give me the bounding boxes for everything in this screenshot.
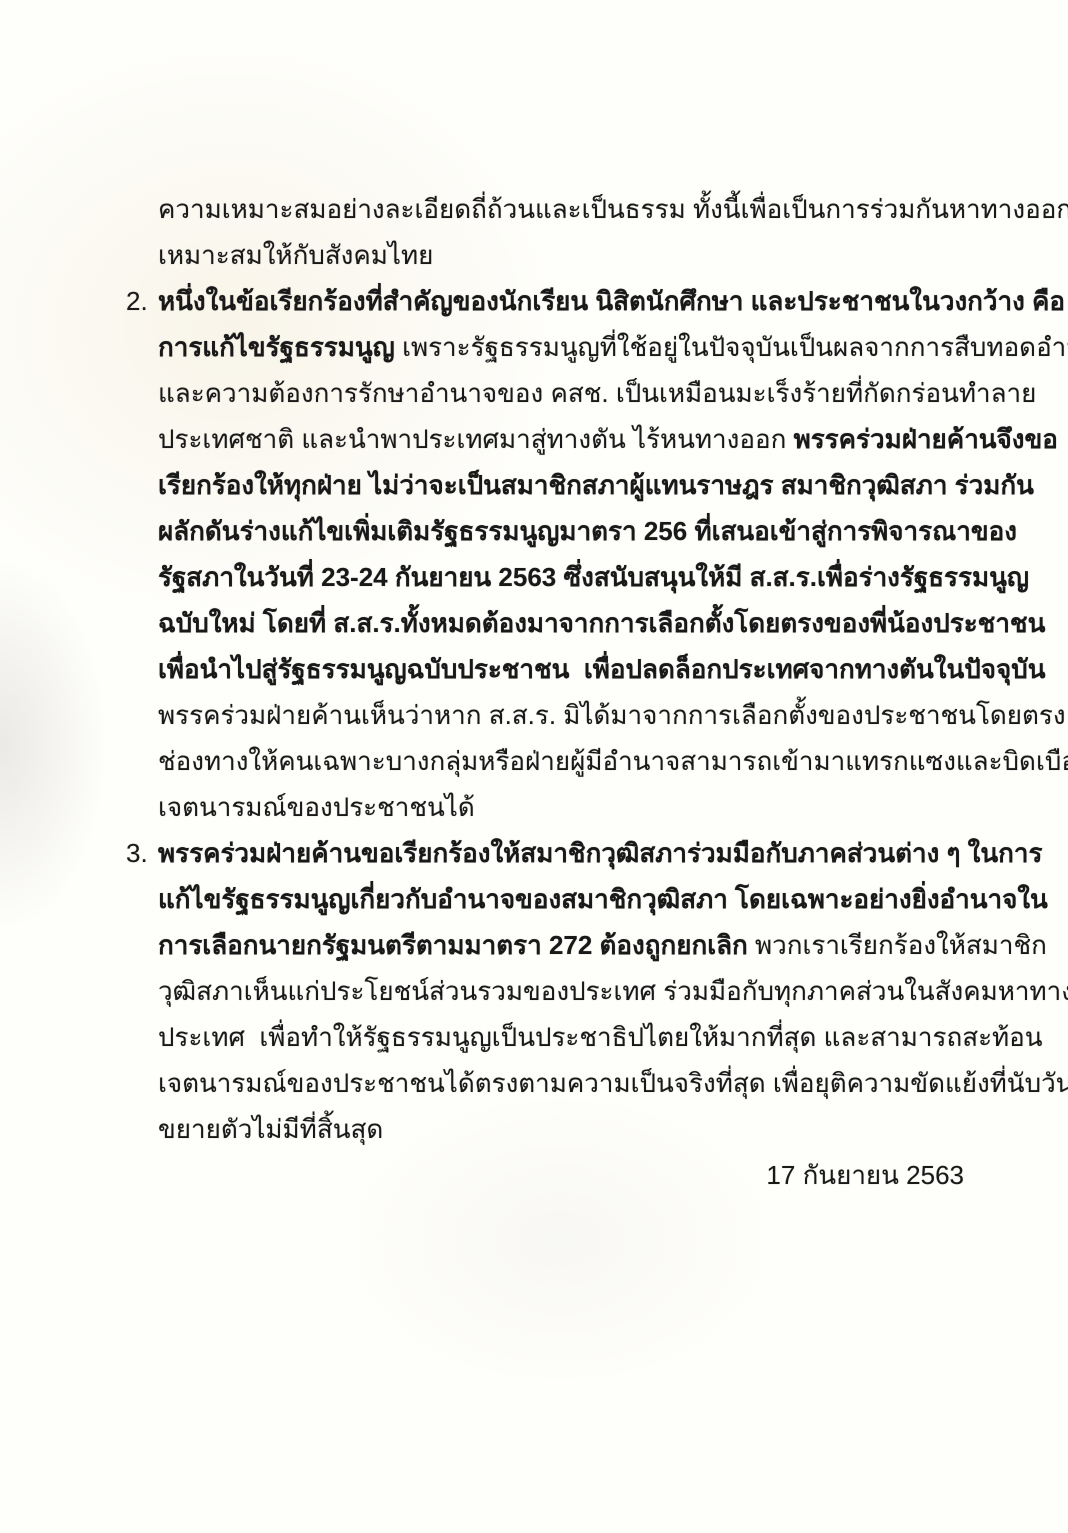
text-segment: เจตนารมณ์ของประชาชนได้ตรงตามความเป็นจริง… <box>158 1068 1068 1098</box>
text-line: 2.หนึ่งในข้อเรียกร้องที่สำคัญของนักเรียน… <box>158 278 964 324</box>
text-line: เพื่อนำไปสู่รัฐธรรมนูญฉบับประชาชน เพื่อป… <box>158 646 964 692</box>
text-segment: เหมาะสมให้กับสังคมไทย <box>158 240 433 270</box>
text-segment: และความต้องการรักษาอำนาจของ คสช. เป็นเหม… <box>158 378 1036 408</box>
text-line: ผลักดันร่างแก้ไขเพิ่มเติมรัฐธรรมนูญมาตรา… <box>158 508 964 554</box>
bold-text-segment: เพื่อนำไปสู่รัฐธรรมนูญฉบับประชาชน เพื่อป… <box>158 654 1046 684</box>
numbered-item: 3.พรรคร่วมฝ่ายค้านขอเรียกร้องให้สมาชิกวุ… <box>158 830 964 1152</box>
item-number: 2. <box>126 278 156 324</box>
bold-text-segment: การแก้ไขรัฐธรรมนูญ <box>158 332 395 362</box>
text-line: ฉบับใหม่ โดยที่ ส.ส.ร.ทั้งหมดต้องมาจากกา… <box>158 600 964 646</box>
bold-text-segment: การเลือกนายกรัฐมนตรีตามมาตรา 272 ต้องถูก… <box>158 930 755 960</box>
text-line: การเลือกนายกรัฐมนตรีตามมาตรา 272 ต้องถูก… <box>158 922 964 968</box>
text-line: วุฒิสภาเห็นแก่ประโยชน์ส่วนรวมของประเทศ ร… <box>158 968 964 1014</box>
bold-text-segment: ผลักดันร่างแก้ไขเพิ่มเติมรัฐธรรมนูญมาตรา… <box>158 516 1017 546</box>
text-line: ความเหมาะสมอย่างละเอียดถี่ถ้วนและเป็นธรร… <box>158 186 964 232</box>
paragraph: ความเหมาะสมอย่างละเอียดถี่ถ้วนและเป็นธรร… <box>158 186 964 278</box>
bold-text-segment: พรรคร่วมฝ่ายค้านจึงขอ <box>794 424 1058 454</box>
text-line: เจตนารมณ์ของประชาชนได้ตรงตามความเป็นจริง… <box>158 1060 964 1106</box>
bold-text-segment: รัฐสภาในวันที่ 23-24 กันยายน 2563 ซึ่งสน… <box>158 562 1029 592</box>
bold-text-segment: พรรคร่วมฝ่ายค้านขอเรียกร้องให้สมาชิกวุฒิ… <box>158 838 1042 868</box>
item-number: 3. <box>126 830 156 876</box>
document-date: 17 กันยายน 2563 <box>158 1152 964 1198</box>
text-line: แก้ไขรัฐธรรมนูญเกี่ยวกับอำนาจของสมาชิกวุ… <box>158 876 964 922</box>
scanned-document-page: ความเหมาะสมอย่างละเอียดถี่ถ้วนและเป็นธรร… <box>0 0 1068 1533</box>
document-content: ความเหมาะสมอย่างละเอียดถี่ถ้วนและเป็นธรร… <box>158 186 964 1198</box>
bold-text-segment: ฉบับใหม่ โดยที่ ส.ส.ร.ทั้งหมดต้องมาจากกา… <box>158 608 1045 638</box>
text-line: ประเทศ เพื่อทำให้รัฐธรรมนูญเป็นประชาธิปไ… <box>158 1014 964 1060</box>
text-segment: พรรคร่วมฝ่ายค้านเห็นว่าหาก ส.ส.ร. มิได้ม… <box>158 700 1068 730</box>
bold-text-segment: เรียกร้องให้ทุกฝ่าย ไม่ว่าจะเป็นสมาชิกสภ… <box>158 470 1034 500</box>
text-line: รัฐสภาในวันที่ 23-24 กันยายน 2563 ซึ่งสน… <box>158 554 964 600</box>
numbered-item: 2.หนึ่งในข้อเรียกร้องที่สำคัญของนักเรียน… <box>158 278 964 830</box>
text-line: ประเทศชาติ และนำพาประเทศมาสู่ทางตัน ไร้ห… <box>158 416 964 462</box>
text-segment: เพราะรัฐธรรมนูญที่ใช้อยู่ในปัจจุบันเป็นผ… <box>395 332 1068 362</box>
text-line: เรียกร้องให้ทุกฝ่าย ไม่ว่าจะเป็นสมาชิกสภ… <box>158 462 964 508</box>
text-line: เจตนารมณ์ของประชาชนได้ <box>158 784 964 830</box>
text-segment: ช่องทางให้คนเฉพาะบางกลุ่มหรือฝ่ายผู้มีอำ… <box>158 746 1068 776</box>
document-body: ความเหมาะสมอย่างละเอียดถี่ถ้วนและเป็นธรร… <box>158 186 964 1152</box>
text-line: เหมาะสมให้กับสังคมไทย <box>158 232 964 278</box>
text-segment: พวกเราเรียกร้องให้สมาชิก <box>755 930 1047 960</box>
text-line: การแก้ไขรัฐธรรมนูญ เพราะรัฐธรรมนูญที่ใช้… <box>158 324 964 370</box>
text-line: 3.พรรคร่วมฝ่ายค้านขอเรียกร้องให้สมาชิกวุ… <box>158 830 964 876</box>
text-line: ขยายตัวไม่มีที่สิ้นสุด <box>158 1106 964 1152</box>
text-line: และความต้องการรักษาอำนาจของ คสช. เป็นเหม… <box>158 370 964 416</box>
bold-text-segment: แก้ไขรัฐธรรมนูญเกี่ยวกับอำนาจของสมาชิกวุ… <box>158 884 1048 914</box>
text-line: พรรคร่วมฝ่ายค้านเห็นว่าหาก ส.ส.ร. มิได้ม… <box>158 692 964 738</box>
text-segment: ความเหมาะสมอย่างละเอียดถี่ถ้วนและเป็นธรร… <box>158 194 1068 224</box>
bold-text-segment: หนึ่งในข้อเรียกร้องที่สำคัญของนักเรียน น… <box>158 286 1065 316</box>
text-segment: ประเทศชาติ และนำพาประเทศมาสู่ทางตัน ไร้ห… <box>158 424 794 454</box>
text-segment: ขยายตัวไม่มีที่สิ้นสุด <box>158 1114 383 1144</box>
text-line: ช่องทางให้คนเฉพาะบางกลุ่มหรือฝ่ายผู้มีอำ… <box>158 738 964 784</box>
text-segment: วุฒิสภาเห็นแก่ประโยชน์ส่วนรวมของประเทศ ร… <box>158 976 1068 1006</box>
text-segment: ประเทศ เพื่อทำให้รัฐธรรมนูญเป็นประชาธิปไ… <box>158 1022 1043 1052</box>
text-segment: เจตนารมณ์ของประชาชนได้ <box>158 792 475 822</box>
